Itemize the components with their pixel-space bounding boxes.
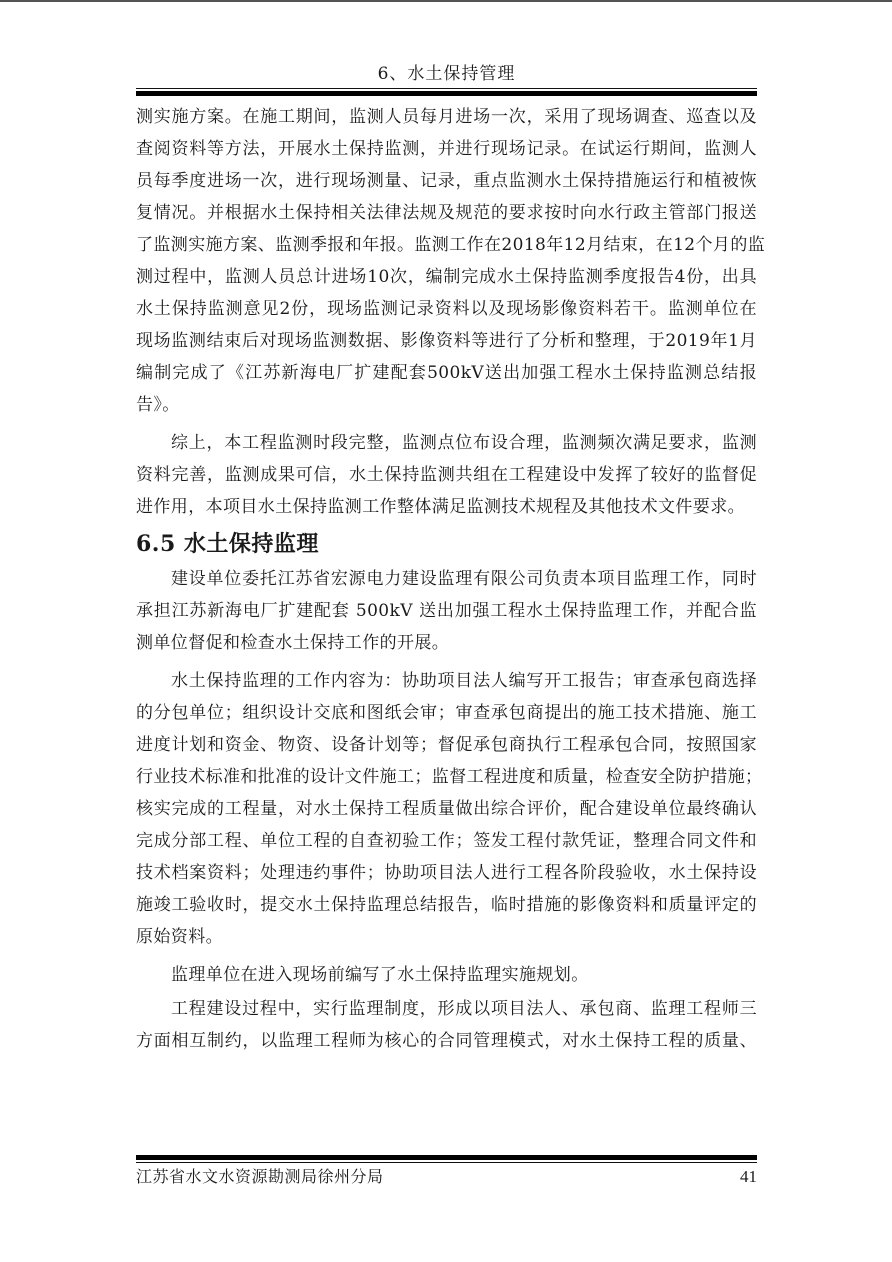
paragraph-monitoring-process: 测实施方案。在施工期间，监测人员每月进场一次，采用了现场调查、巡查以及 查阅资料… xyxy=(136,101,757,421)
text-line: 综上，本工程监测时段完整，监测点位布设合理，监测频次满足要求，监测 xyxy=(136,427,757,459)
header-rule-thin xyxy=(136,88,757,89)
footer-rule-thick xyxy=(136,1155,757,1160)
text-line: 监理单位在进入现场前编写了水土保持监理实施规划。 xyxy=(136,959,757,991)
text-line: 方面相互制约，以监理工程师为核心的合同管理模式，对水土保持工程的质量、 xyxy=(136,1025,757,1057)
text-line: 了监测实施方案、监测季报和年报。监测工作在2018年12月结束，在12个月的监 xyxy=(136,229,757,261)
text-line: 查阅资料等方法，开展水土保持监测，并进行现场记录。在试运行期间，监测人 xyxy=(136,133,757,165)
text-line: 工程建设过程中，实行监理制度，形成以项目法人、承包商、监理工程师三 xyxy=(136,993,757,1025)
text-line: 的分包单位；组织设计交底和图纸会审；审查承包商提出的施工技术措施、施工 xyxy=(136,697,757,729)
text-line: 员每季度进场一次，进行现场测量、记录，重点监测水土保持措施运行和植被恢 xyxy=(136,165,757,197)
text-line: 测单位督促和检查水土保持工作的开展。 xyxy=(136,627,757,659)
text-line: 承担江苏新海电厂扩建配套 500kV 送出加强工程水土保持监理工作，并配合监 xyxy=(136,595,757,627)
header-rule-thick xyxy=(136,91,757,96)
text-line: 水土保持监理的工作内容为：协助项目法人编写开工报告；审查承包商选择 xyxy=(136,665,757,697)
text-line: 施竣工验收时，提交水土保持监理总结报告，临时措施的影像资料和质量评定的 xyxy=(136,889,757,921)
paragraph-supervision-unit: 建设单位委托江苏省宏源电力建设监理有限公司负责本项目监理工作，同时 承担江苏新海… xyxy=(136,563,757,659)
footer-rule-thin xyxy=(136,1162,757,1163)
text-line: 编制完成了《江苏新海电厂扩建配套500kV送出加强工程水土保持监测总结报 xyxy=(136,357,757,389)
text-line: 核实完成的工程量，对水土保持工程质量做出综合评价，配合建设单位最终确认 xyxy=(136,793,757,825)
paragraph-supervision-system: 工程建设过程中，实行监理制度，形成以项目法人、承包商、监理工程师三 方面相互制约… xyxy=(136,993,757,1057)
text-line: 技术档案资料；处理违约事件；协助项目法人进行工程各阶段验收，水土保持设 xyxy=(136,857,757,889)
text-line: 进作用，本项目水土保持监测工作整体满足监测技术规程及其他技术文件要求。 xyxy=(136,491,757,523)
text-line: 资料完善，监测成果可信，水土保持监测共组在工程建设中发挥了较好的监督促 xyxy=(136,459,757,491)
text-line: 进度计划和资金、物资、设备计划等；督促承包商执行工程承包合同，按照国家 xyxy=(136,729,757,761)
text-line: 现场监测结束后对现场监测数据、影像资料等进行了分析和整理，于2019年1月 xyxy=(136,325,757,357)
text-line: 测实施方案。在施工期间，监测人员每月进场一次，采用了现场调查、巡查以及 xyxy=(136,101,757,133)
page-number: 41 xyxy=(740,1165,757,1189)
text-line: 测过程中，监测人员总计进场10次，编制完成水土保持监测季度报告4份，出具 xyxy=(136,261,757,293)
text-line: 建设单位委托江苏省宏源电力建设监理有限公司负责本项目监理工作，同时 xyxy=(136,563,757,595)
text-line: 复情况。并根据水土保持相关法律法规及规范的要求按时向水行政主管部门报送 xyxy=(136,197,757,229)
paragraph-supervision-content: 水土保持监理的工作内容为：协助项目法人编写开工报告；审查承包商选择 的分包单位；… xyxy=(136,665,757,953)
section-heading-6-5: 6.5 水土保持监理 xyxy=(136,527,757,561)
text-line: 行业技术标准和批准的设计文件施工；监督工程进度和质量，检查安全防护措施； xyxy=(136,761,757,793)
footer-organization: 江苏省水文水资源勘测局徐州分局 xyxy=(136,1165,384,1189)
text-line: 原始资料。 xyxy=(136,921,757,953)
page-body: 测实施方案。在施工期间，监测人员每月进场一次，采用了现场调查、巡查以及 查阅资料… xyxy=(136,101,757,1057)
paragraph-monitoring-summary: 综上，本工程监测时段完整，监测点位布设合理，监测频次满足要求，监测 资料完善，监… xyxy=(136,427,757,523)
text-line: 完成分部工程、单位工程的自查初验工作；签发工程付款凭证，整理合同文件和 xyxy=(136,825,757,857)
page-top-edge xyxy=(0,0,892,2)
text-line: 告》。 xyxy=(136,389,757,421)
paragraph-supervision-plan: 监理单位在进入现场前编写了水土保持监理实施规划。 xyxy=(136,959,757,991)
text-line: 水土保持监测意见2份，现场监测记录资料以及现场影像资料若干。监测单位在 xyxy=(136,293,757,325)
running-header-chapter-title: 6、水土保持管理 xyxy=(136,62,757,86)
